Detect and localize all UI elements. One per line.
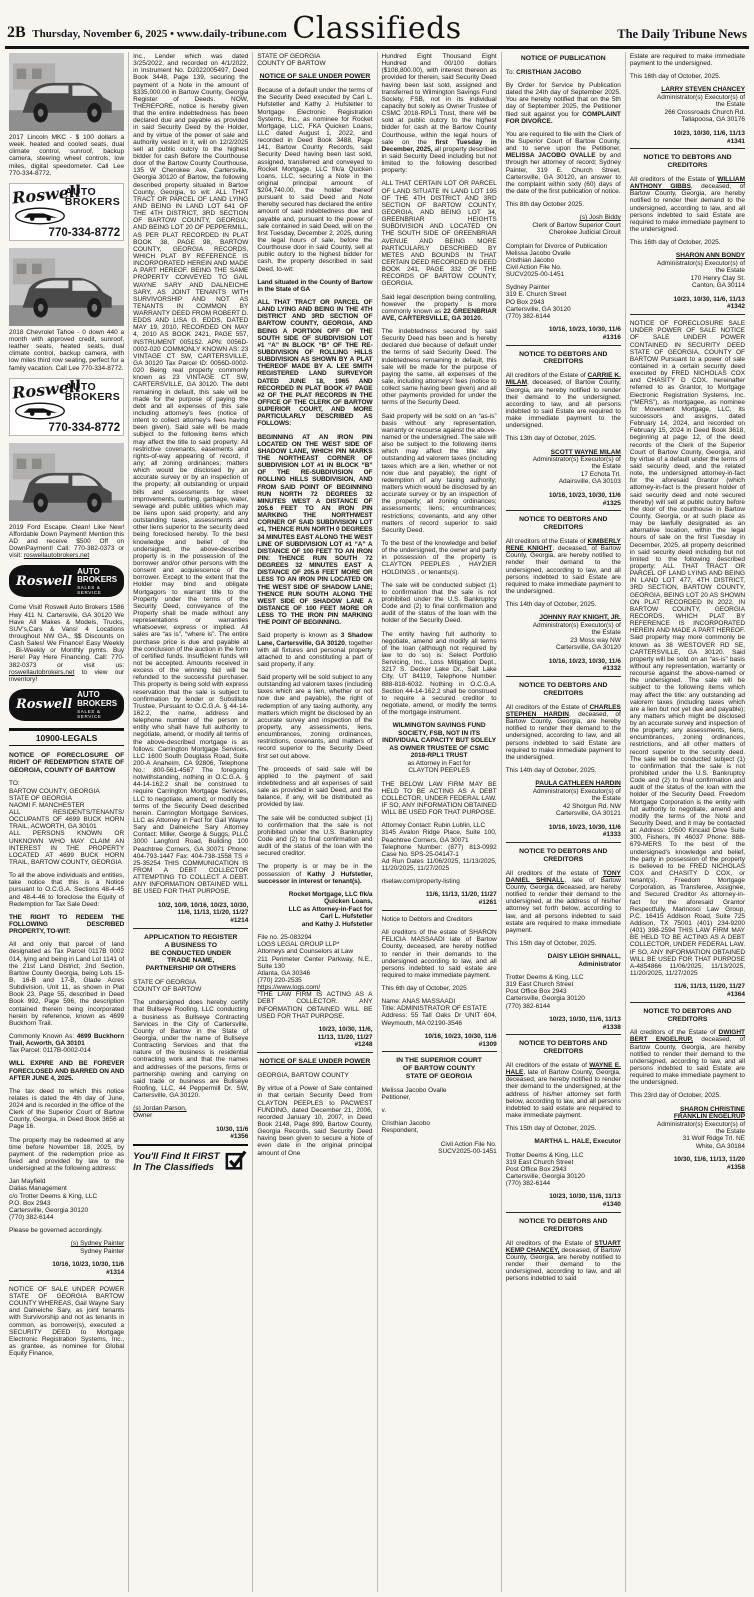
ad-number: #1332 (506, 665, 621, 673)
text: All creditors of the estate of SHARON FE… (382, 929, 497, 979)
heading-text: APPLICATION TO REGISTER A BUSINESS TO BE… (144, 934, 237, 972)
text: Please be governed accordingly. (9, 1227, 103, 1234)
notice-paragraph: By Order for Service by Publication date… (506, 82, 621, 125)
heading-text: NOTICE TO DEBTORS AND CREDITORS (519, 351, 607, 366)
convertible-car-icon (14, 207, 66, 225)
text: Estate are required to make immediate pa… (630, 53, 745, 67)
wordmark: AUTO BROKERSSALES & SERVICE (77, 691, 117, 719)
notice-paragraph: Commonly Known As: 4699 Buckhorn Trail, … (9, 1033, 124, 1054)
text-run: Hundred Eight Thousand Eight Hundred and… (382, 53, 497, 146)
text: Administrator(s) Executor(s) of (533, 622, 621, 629)
text: Land situated in the County of Bartow in… (257, 279, 372, 293)
notice-paragraph: STATE OF GEORGIA COUNTY OF BARTOW (257, 53, 372, 67)
notice-paragraph: The sale will be conducted subject (1) t… (257, 815, 372, 858)
notice-paragraph: All creditors of the Estate of CHARLES S… (506, 704, 621, 761)
notice-paragraph: Cristhian Jacobo Respondent, (382, 1120, 497, 1134)
ad-number: #1261 (382, 899, 497, 907)
text: Cristhian Jacobo Respondent, (382, 1120, 430, 1134)
heading-text: NOTICE TO DEBTORS AND CREDITORS (643, 1008, 731, 1023)
notice-paragraph: STATE OF GEORGIA COUNTY OF BARTOW (133, 979, 248, 993)
text: 23 Moss way NW (570, 637, 621, 644)
text: Sydney Painter (80, 1248, 124, 1255)
wordmark: AUTO BROKERSSALES & SERVICE (77, 568, 117, 596)
signature-line: 266 Crossroads Church Rd. (630, 109, 745, 116)
text: The undersigned does hereby certify that… (133, 999, 248, 1099)
text: WILMINGTON SAVINGS FUND SOCIETY, FSB, NO… (382, 722, 496, 759)
text: GEORGIA, BARTOW COUNTY (257, 1072, 349, 1079)
text: Administrator(s) Executor(s) of (533, 456, 621, 463)
text: BEGINNING AT AN IRON PIN LOCATED ON THE … (257, 434, 372, 627)
notice-paragraph-bold: THE RIGHT TO REDEEM THE FOLLOWING DESCRI… (9, 914, 124, 935)
notice-paragraph-bold: WILL EXPIRE AND BE FOREVER FORECLOSED AN… (9, 1060, 124, 1081)
signature-line: LLC as Attorney-in-Fact for (257, 906, 372, 913)
text: This 16th day of October, 2025. (630, 239, 721, 246)
notice-paragraph: This 8th day October 2025. (506, 201, 621, 208)
auto-brokers-wordmark: AUTOBROKERS (65, 187, 120, 208)
run-dates: 10/23, 10/30, 11/6, 11/13, 11/20, 11/27#… (257, 1026, 372, 1049)
notice-paragraph: (s) Jordan Parson, Owner (133, 1105, 248, 1119)
heading-text: NOTICE TO DEBTORS AND CREDITORS (519, 848, 607, 863)
text: Trotter Deems & King, LLC 319 East Churc… (506, 974, 585, 1010)
run-dates: 10/16, 10/23, 10/30, 11/6#1332 (506, 658, 621, 674)
signature-block: Rocket Mortgage, LLC f/k/aQuicken Loans,… (257, 891, 372, 928)
heading-text: IN THE SUPERIOR COURT OF BARTOW COUNTY S… (396, 1057, 482, 1080)
signature-line: Administrator(s) Executor(s) of (506, 456, 621, 463)
text: Melissa Jacobo Ovalle Petitioner, (382, 1087, 447, 1101)
notice-paragraph: 2018 Chevrolet Tahoe - 0 down 440 a mont… (9, 329, 124, 372)
text: The sale will be conducted subject (1) t… (257, 815, 372, 858)
run-dates: 10/23, 10/30, 11/6, 11/13#1340 (506, 1193, 621, 1209)
text: Quicken Loans, (324, 898, 372, 905)
signature-line: White, GA 30184 (630, 1143, 745, 1150)
signature-line: as Attorney in Fact for (382, 760, 497, 767)
run-dates-line: 10/16, 10/23, 10/30, 11/6 (382, 1033, 497, 1041)
text: Name: ANAS MASSAADI Title: ADMINISTRATOR… (382, 998, 497, 1026)
run-dates-line: 10/23, 10/30, 11/6, 11/13 (506, 1193, 621, 1201)
signature-line: SUCV2025-00-1451 (382, 1148, 497, 1155)
wordmark-line: BROKERS (65, 197, 120, 208)
text: ALL THAT CERTAIN LOT OR PARCEL OF LAND S… (382, 180, 497, 287)
text: Adairsville, GA 30103 (559, 478, 621, 485)
roswell-auto-brokers-ad: RoswellAUTOBROKERS770-334-8772 (9, 183, 124, 241)
notice-paragraph: ALL THAT CERTAIN LOT OR PARCEL OF LAND S… (382, 180, 497, 287)
run-dates: 11/6, 11/13, 11/20, 11/27#1261 (382, 891, 497, 907)
notice-paragraph: You are required to file with the Clerk … (506, 131, 621, 195)
signature-block: SCOTT WAYNE MILAMAdministrator(s) Execut… (506, 449, 621, 486)
notice-paragraph: 2019 Ford Escape. Clean! Like New! Affor… (9, 524, 124, 560)
text-run: , late of Bartow County, Georgia, deceas… (506, 877, 621, 934)
checkbox-check-icon (225, 1150, 247, 1170)
text: 2018 Chevrolet Tahoe - 0 down 440 a mont… (9, 329, 124, 372)
signature-line: MARTHA L. HALE, Executor (506, 1138, 621, 1145)
divider-rule (9, 1280, 124, 1281)
column-area: 2017 Lincoln MKC - $ 100 dollars a week.… (5, 52, 749, 1592)
signature-line: Rocket Mortgage, LLC f/k/a (257, 891, 372, 898)
text: Said property will be sold subject to an… (257, 674, 372, 760)
column-5: NOTICE OF PUBLICATIONTo: CRISTHIAN JACOB… (501, 52, 625, 1592)
text-run: Owner (133, 1112, 152, 1119)
divider-rule (382, 1051, 497, 1052)
auto-brokers-wordmark: AUTOBROKERS (65, 382, 120, 403)
notice-paragraph: To all the above individuals and entitie… (9, 872, 124, 908)
text: Tallapoosa, GA 30176 (681, 116, 745, 123)
signature-line: 17 Echota Trl. (506, 471, 621, 478)
column-4: Hundred Eight Thousand Eight Hundred and… (377, 52, 501, 1592)
notice-paragraph: Jan Mayfield Dallas Management c/o Trott… (9, 1178, 124, 1221)
notice-paragraph: Trotter Deems & King, LLC 319 East Churc… (506, 974, 621, 1010)
signature-line: (s) Sydney Painter (9, 1240, 124, 1247)
text: the Estate (592, 795, 621, 802)
text: Administrator (578, 961, 621, 968)
notice-heading: NOTICE TO DEBTORS AND CREDITORS (506, 1218, 621, 1234)
notice-paragraph-bold: BEGINNING AT AN IRON PIN LOCATED ON THE … (257, 434, 372, 627)
roswell-script-logo: Roswell (16, 697, 72, 712)
notice-paragraph: TO: BARTOW COUNTY, GEORGIA STATE OF GEOR… (9, 780, 124, 866)
text-run: You are required to file with the Clerk … (506, 131, 621, 152)
text-run: https://www.logs.com/ (257, 984, 320, 991)
run-dates-line: 11/6, 11/13, 11/20, 11/27 (630, 983, 745, 991)
text: the Estate (592, 463, 621, 470)
signature-line: SHARON CHRISTINE (630, 1106, 745, 1113)
text: SHARON ANN BONDY (676, 252, 745, 259)
signature-line: 23 Moss way NW (506, 637, 621, 644)
notice-paragraph: By virtue of a Power of Sale contained i… (257, 1085, 372, 1156)
run-dates: 10/2, 10/9, 10/16, 10/23, 10/30, 11/6, 1… (133, 902, 248, 925)
text: the Estate (592, 629, 621, 636)
roswell-script-logo: Roswell (16, 574, 72, 589)
notice-paragraph: All creditors of the Estate of KIMBERLY … (506, 538, 621, 595)
signature-line: Tallapoosa, GA 30176 (630, 116, 745, 123)
ad-number: #1333 (506, 831, 621, 839)
signature-block: PAULA CATHLEEN HARDINAdministrator(s) Ex… (506, 780, 621, 817)
ad-number: #1341 (630, 138, 745, 146)
notice-paragraph: All creditors of the Estate of DWIGHT BE… (630, 1029, 745, 1086)
text: Trotter Deems & King, LLC 319 East Churc… (506, 1152, 585, 1188)
notice-paragraph: All and only that parcel of land designa… (9, 941, 124, 1027)
text-run: deceased, of Bartow County, Georgia, are… (630, 1036, 745, 1086)
ad-number: #1314 (9, 1269, 124, 1277)
ford-escape-photo (9, 443, 124, 521)
run-dates: 10/23, 10/30, 11/6, 11/13#1338 (506, 1016, 621, 1032)
text: White, GA 30184 (696, 1143, 745, 1150)
text: Administrator(s) Executor(s) of (657, 1121, 745, 1128)
signature-block: JOHNNY RAY KNIGHT, JR.Administrator(s) E… (506, 614, 621, 651)
classifieds-promo: You'll Find It FIRSTIn The Classifieds (133, 1144, 248, 1175)
signature-line: the Estate (630, 1128, 745, 1135)
text: Jan Mayfield Dallas Management c/o Trott… (9, 1178, 97, 1221)
notice-paragraph: The undersigned does hereby certify that… (133, 999, 248, 1099)
heading-text: NOTICE OF SALE UNDER POWER (260, 73, 371, 80)
convertible-car-icon (14, 402, 66, 420)
signature-line: Sydney Painter (9, 1248, 124, 1255)
notice-paragraph: The property may be redeemed at any time… (9, 1137, 124, 1173)
notice-paragraph: This 16th day of October, 2025. (630, 73, 745, 80)
notice-paragraph: This 13th day of October, 2025. (506, 435, 621, 442)
run-dates-line: 10/16, 10/23, 10/30, 11/6 (506, 658, 621, 666)
ad-number: #1248 (257, 1041, 372, 1049)
notice-heading: NOTICE OF SALE UNDER POWER (257, 1058, 372, 1066)
run-dates: 11/6, 11/13, 11/20, 11/27#1364 (630, 983, 745, 999)
signature-block: LARRY STEVEN CHANCEYAdministrator(s) Exe… (630, 86, 745, 123)
text: Complain for Divorce of Publication Meli… (506, 243, 608, 279)
divider-rule (630, 314, 745, 315)
notice-paragraph: All creditors of the Estate of STUART KE… (506, 1240, 621, 1283)
signature-line: (s) Josh Biddy (506, 214, 621, 221)
text: By virtue of a Power of Sale contained i… (257, 1085, 372, 1156)
divider-rule (506, 1034, 621, 1035)
column-2: Inc., Lender which was dated 3/25/2022, … (128, 52, 252, 1592)
text-run: *THE LAW FIRM IS ACTING AS A DEBT COLLEC… (257, 991, 372, 1019)
signature-line: the Estate (630, 267, 745, 274)
text-run: by and through her attorney of record; S… (506, 152, 621, 195)
text: rlselaw.com/property-listing (382, 878, 460, 885)
signature-line: Administrator(s) Executor(s) of (630, 260, 745, 267)
text: LLC as Attorney-in-Fact for (289, 906, 373, 913)
notice-paragraph-bold: ALL THAT TRACT OR PARCEL OF LAND LYING A… (257, 299, 372, 428)
notice-paragraph: 2017 Lincoln MKC - $ 100 dollars a week.… (9, 134, 124, 177)
text: STATE OF GEORGIA COUNTY OF BARTOW (257, 53, 325, 67)
text: THE BELOW LAW FIRM MAY BE HELD TO BE ACT… (382, 781, 497, 817)
car-photo-illustration (9, 248, 124, 326)
notice-paragraph: v. (382, 1107, 497, 1114)
roswell-auto-brokers-ad: RoswellAUTOBROKERS770-334-8772 (9, 378, 124, 436)
heading-text: NOTICE OF PUBLICATION (521, 55, 606, 62)
notice-paragraph: Inc., Lender which was dated 3/25/2022, … (133, 53, 248, 896)
text: The entity having full authority to nego… (382, 631, 497, 717)
notice-heading: NOTICE TO DEBTORS AND CREDITORS (630, 154, 745, 170)
notice-heading: NOTICE TO DEBTORS AND CREDITORS (506, 848, 621, 864)
notice-paragraph: Because of a default under the terms of … (257, 87, 372, 273)
text: Carl L. Hufstetler (320, 913, 372, 920)
text: TO: BARTOW COUNTY, GEORGIA STATE OF GEOR… (9, 780, 124, 866)
signature-line: and Kathy J. Hufstetler (257, 921, 372, 928)
text: Inc., Lender which was dated 3/25/2022, … (133, 53, 248, 895)
signature-line: 31 Wolf Ridge Trl. NE (630, 1135, 745, 1142)
notice-paragraph: Complain for Divorce of Publication Meli… (506, 243, 621, 279)
signature-line: Administrator(s) Executor(s) of (506, 622, 621, 629)
chevrolet-tahoe-photo (9, 248, 124, 326)
phone-number: 770-334-8772 (49, 422, 121, 434)
text-run: All creditors of the Estate of (506, 372, 588, 379)
run-dates-line: 10/16, 10/23, 10/30, 11/6 (506, 492, 621, 500)
column-1: 2017 Lincoln MKC - $ 100 dollars a week.… (5, 52, 128, 1592)
notice-paragraph: The entity having full authority to nego… (382, 631, 497, 717)
signature-line: SHARON ANN BONDY (630, 252, 745, 259)
text-run: Said property is known as (257, 632, 340, 639)
text: v. (382, 1107, 387, 1114)
heading-text: NOTICE TO DEBTORS AND CREDITORS (519, 1040, 607, 1055)
run-dates-line: 10/30, 11/6, 11/13, 11/20 (630, 1156, 745, 1164)
text: JOHNNY RAY KNIGHT, JR. (539, 614, 621, 621)
text: Cartersville, GA 30121 (556, 810, 621, 817)
legals-section-header: 10900-LEGALS (9, 728, 124, 746)
text: Attorney Contact: Rubin Lublin, LLC 3145… (382, 822, 497, 872)
signature-line: CLAYTON PEEPLES (382, 767, 497, 774)
text-run: All creditors of the Estate of (630, 176, 717, 183)
text: Notice to Debtors and Creditors (382, 916, 473, 923)
text: This 23rd day of October, 2025. (630, 1092, 721, 1099)
run-dates: 10/30, 11/6, 11/13, 11/20#1358 (630, 1156, 745, 1172)
text-run: All creditors of the Estate of (506, 704, 590, 711)
run-dates-line: 10/23, 10/30, 11/6, 11/13, 11/20, 11/27 (257, 1026, 372, 1042)
ad-number: #1338 (506, 1024, 621, 1032)
signature-line: SCOTT WAYNE MILAM (506, 449, 621, 456)
text-run: , deceased, of Bartow County, Georgia, a… (506, 379, 621, 429)
notice-heading: NOTICE OF PUBLICATION (506, 55, 621, 63)
text-run: To: (506, 69, 516, 76)
newspaper-classifieds-page: 2B Thursday, November 6, 2025 • www.dail… (0, 0, 754, 1597)
run-dates: 10/23, 10/30, 11/6, 11/13#1342 (630, 296, 745, 312)
checkbox-icon (225, 1150, 247, 1175)
divider-rule (506, 1212, 621, 1213)
text: Administrator(s) Executor(s) of (657, 260, 745, 267)
divider-rule (133, 928, 248, 929)
divider-rule (630, 148, 745, 149)
signature-line: Carl L. Hufstetler (257, 913, 372, 920)
text: The property may be redeemed at any time… (9, 1137, 124, 1173)
notice-paragraph: Hundred Eight Thousand Eight Hundred and… (382, 53, 497, 174)
text: Administrator(s) Executor(s) of (657, 94, 745, 101)
notice-paragraph: Come Visit! Roswell Auto Brokers 1586 Hw… (9, 604, 124, 683)
text: (s) Josh Biddy (580, 214, 621, 221)
text-run: All creditors of the Estate of (506, 538, 588, 545)
notice-paragraph-bold: Land situated in the County of Bartow in… (257, 279, 372, 293)
notice-heading: NOTICE OF SALE UNDER POWER (257, 73, 372, 81)
text: the Estate (716, 1128, 745, 1135)
notice-paragraph: All creditors of the estate of SHARON FE… (382, 929, 497, 979)
run-dates: 10/30, 11/6#1356 (133, 1126, 248, 1142)
text: All and only that parcel of land designa… (9, 941, 124, 1027)
text: STATE OF GEORGIA COUNTY OF BARTOW (133, 979, 201, 993)
text-run: File no. 25-083294 LOGS LEGAL GROUP LLP*… (257, 934, 372, 984)
run-dates: 10/16, 10/23, 10/30, 11/6#1325 (506, 492, 621, 508)
text: Cartersville, GA 30120 (556, 644, 621, 651)
ad-number: #1214 (133, 917, 248, 925)
text: and Kathy J. Hufstetler (302, 921, 373, 928)
divider-rule (506, 345, 621, 346)
section-title: Classifieds (292, 11, 461, 46)
run-dates-line: 11/6, 11/13, 11/20, 11/27 (382, 891, 497, 899)
signature-line: Adairsville, GA 30103 (506, 478, 621, 485)
text-run: All creditors of the estate of (506, 1062, 590, 1069)
roswell-sales-service-logo: RoswellAUTO BROKERSSALES & SERVICE (9, 565, 124, 597)
text: The sale will be conducted subject (1) t… (382, 582, 497, 625)
divider-rule (257, 1052, 372, 1053)
text: To all the above individuals and entitie… (9, 872, 124, 908)
notice-paragraph: Notice to Debtors and Creditors (382, 916, 497, 923)
text-run: , deceased, of Bartow County, Georgia, a… (506, 711, 621, 761)
ad-number: #1358 (630, 1164, 745, 1172)
masthead: 2B Thursday, November 6, 2025 • www.dail… (5, 0, 749, 49)
text: This 8th day October 2025. (506, 201, 584, 208)
notice-paragraph: File no. 25-083294 LOGS LEGAL GROUP LLP*… (257, 934, 372, 1020)
notice-paragraph: The sale will be conducted subject (1) t… (382, 582, 497, 625)
signature-line: Clerk of Bartow Superior Court (506, 222, 621, 229)
wordmark-line: BROKERS (65, 392, 120, 403)
signature-block: (s) Josh BiddyClerk of Bartow Superior C… (506, 214, 621, 236)
notice-paragraph: To the best of the knowledge and belief … (382, 540, 497, 576)
divider-rule (630, 1002, 745, 1003)
signature-line: Administrator(s) Executor(s) of (630, 94, 745, 101)
wordmark-line: AUTO BROKERS (77, 568, 117, 586)
notice-paragraph: All creditors of the estate of WAYNE E. … (506, 1062, 621, 1119)
lincoln-mkc-photo (9, 53, 124, 131)
text: FRANKLIN ENGELRUP (674, 1113, 745, 1120)
signature-line: FRANKLIN ENGELRUP (630, 1113, 745, 1120)
notice-heading: NOTICE OF FORECLOSURE OF RIGHT OF REDEMP… (9, 752, 124, 775)
run-dates-line: 10/16, 10/23, 10/30, 11/6 (506, 326, 621, 334)
text: The tax deed to which this notice relate… (9, 1088, 124, 1131)
text: 2017 Lincoln MKC - $ 100 dollars a week.… (9, 134, 124, 177)
signature-block: Civil Action File No.SUCV2025-00-1451 (382, 1141, 497, 1156)
notice-paragraph: The indebtedness secured by said Securit… (382, 328, 497, 407)
signature-line: Administrator (506, 961, 621, 968)
text-run: Tax Parcel: 0117B-0002-014 (9, 1047, 91, 1054)
date-line: Thursday, November 6, 2025 • www.daily-t… (32, 28, 287, 40)
signature-line: the Estate (506, 795, 621, 802)
heading-text: NOTICE TO DEBTORS AND CREDITORS (519, 516, 607, 531)
page-number-and-date: 2B Thursday, November 6, 2025 • www.dail… (7, 24, 287, 42)
notice-heading: NOTICE TO DEBTORS AND CREDITORS (630, 1008, 745, 1024)
text: The indebtedness secured by said Securit… (382, 328, 497, 406)
car-photo-illustration (9, 53, 124, 131)
notice-paragraph: Said property will be sold on an “as-is”… (382, 413, 497, 534)
text-run: , deceased, of Bartow County, Georgia, a… (630, 183, 745, 233)
run-dates: 10/23, 10/30, 11/6, 11/13#1341 (630, 130, 745, 146)
heading-text: NOTICE TO DEBTORS AND CREDITORS (519, 1218, 607, 1233)
text-run: Commonly Known As: (9, 1033, 77, 1040)
signature-block: SHARON CHRISTINEFRANKLIN ENGELRUPAdminis… (630, 1106, 745, 1151)
text: This 13th day of October, 2025. (506, 435, 597, 442)
signature-line: Canton, GA 30114 (630, 282, 745, 289)
text-run: , deceased, of Bartow County, Georgia, a… (506, 545, 621, 595)
signature-line: the Estate (630, 101, 745, 108)
promo-text: You'll Find It FIRSTIn The Classifieds (133, 1152, 219, 1173)
text-run: roswellautobrokers.net (9, 669, 74, 676)
notice-heading: NOTICE TO DEBTORS AND CREDITORS (506, 516, 621, 532)
ad-number: #1340 (506, 1201, 621, 1209)
text-run: roswellautobrokers.net (24, 552, 89, 559)
text: This 6th day of October, 2025 (382, 985, 467, 992)
signature-line: DAISY LEIGH SHINALL, (506, 953, 621, 960)
signature-block: MARTHA L. HALE, Executor (506, 1138, 621, 1145)
text: Civil Action File No. (441, 1141, 497, 1148)
run-dates-line: 10/23, 10/30, 11/6, 11/13 (506, 1016, 621, 1024)
text-run: CRISTHIAN JACOBO (516, 69, 581, 76)
text: CLAYTON PEEPLES (408, 767, 470, 774)
notice-paragraph: The property is or may be in the possess… (257, 863, 372, 884)
text: Canton, GA 30114 (692, 282, 745, 289)
text: Clerk of Bartow Superior Court (532, 222, 621, 229)
promo-line: In The Classifieds (133, 1163, 219, 1173)
run-dates-line: 10/16, 10/23, 10/30, 11/6 (9, 1261, 124, 1269)
signature-block: WILMINGTON SAVINGS FUND SOCIETY, FSB, NO… (382, 722, 497, 774)
notice-paragraph: All creditors of the Estate of WILLIAM A… (630, 176, 745, 233)
notice-heading: NOTICE TO DEBTORS AND CREDITORS (506, 1040, 621, 1056)
text: Cherokee Judicial Circuit (549, 229, 621, 236)
notice-paragraph: Sydney Painter 319 E. Church Street PO B… (506, 284, 621, 320)
notice-paragraph: All creditors of the estate of TONY DANI… (506, 870, 621, 934)
roswell-sales-service-logo: RoswellAUTO BROKERSSALES & SERVICE (9, 689, 124, 721)
signature-block: DAISY LEIGH SHINALL,Administrator (506, 953, 621, 968)
phone-number: 770-334-8772 (49, 227, 121, 239)
text: PAULA CATHLEEN HARDIN (535, 780, 620, 787)
notice-heading: NOTICE TO DEBTORS AND CREDITORS (506, 682, 621, 698)
text: Administrator(s) Executor(s) of (533, 788, 621, 795)
text: SHARON CHRISTINE (680, 1106, 745, 1113)
text: Rocket Mortgage, LLC f/k/a (289, 891, 373, 898)
ad-number: #1325 (506, 500, 621, 508)
